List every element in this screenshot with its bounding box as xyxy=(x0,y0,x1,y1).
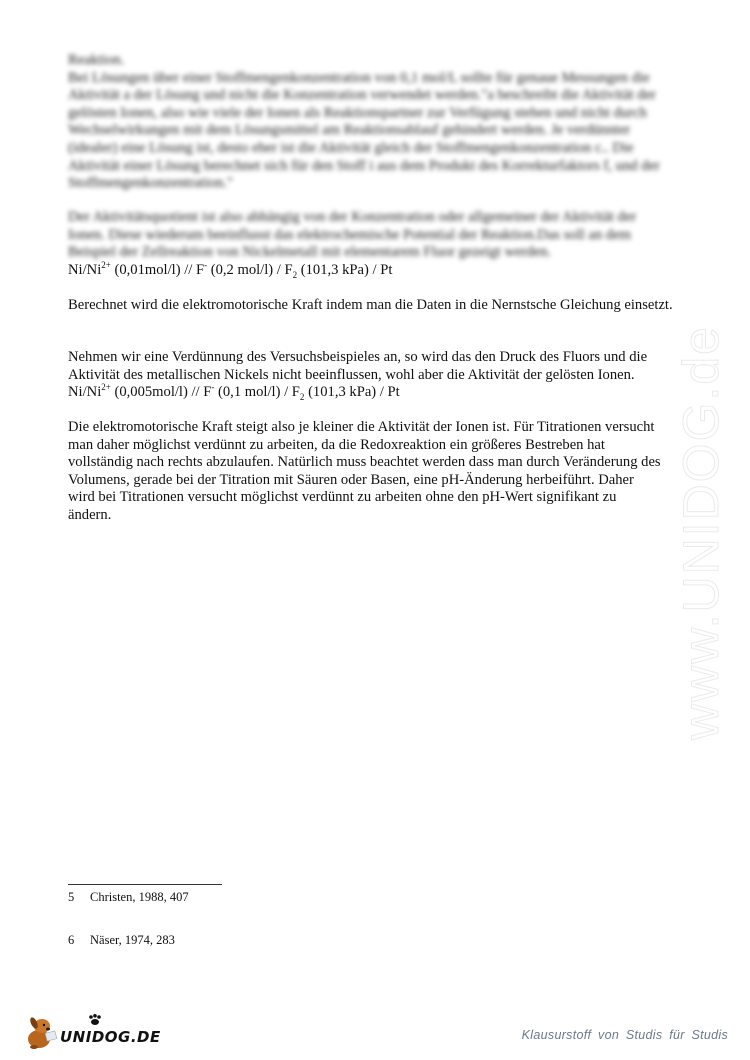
text-line: Nehmen wir eine Verdünnung des Versuchsb… xyxy=(68,349,682,367)
footnote-6: 6Näser, 1974, 283 xyxy=(68,933,175,948)
footnote-number: 5 xyxy=(68,890,90,905)
notation-part: Ni/Ni xyxy=(68,262,101,278)
text-line: Aktivität einer Lösung berechnet sich fü… xyxy=(68,158,682,176)
text-line: Aktivität des metallischen Nickels nicht… xyxy=(68,367,682,385)
text-line: wird bei Titrationen versucht möglichst … xyxy=(68,489,682,507)
cell-notation-1: Ni/Ni2+ (0,01mol/l) // F- (0,2 mol/l) / … xyxy=(68,262,682,280)
text-line: Reaktion. xyxy=(68,52,682,70)
blurred-paragraph-activity: Reaktion. Bei Lösungen über einer Stoffm… xyxy=(68,52,682,193)
footnote-divider xyxy=(68,884,222,885)
paragraph-emk: Berechnet wird die elektromotorische Kra… xyxy=(68,297,682,315)
text-line: Volumens, gerade bei der Titration mit S… xyxy=(68,472,682,490)
logo-text: UNIDOG.DE xyxy=(60,1028,161,1046)
paragraph-dilution: Nehmen wir eine Verdünnung des Versuchsb… xyxy=(68,349,682,402)
text-line: Bei Lösungen über einer Stoffmengenkonze… xyxy=(68,70,682,88)
text-line: vollständig nach rechts abzulaufen. Natü… xyxy=(68,454,682,472)
text-line: man daher möglichst verdünnt zu arbeiten… xyxy=(68,437,682,455)
superscript: 2+ xyxy=(101,260,111,270)
paragraph-conclusion: Die elektromotorische Kraft steigt also … xyxy=(68,419,682,525)
paw-icon xyxy=(88,1014,102,1026)
notation-part: (0,1 mol/l) / F xyxy=(214,384,300,400)
text-line: (idealer) eine Lösung ist, desto eher is… xyxy=(68,140,682,158)
text-line: ändern. xyxy=(68,507,682,525)
notation-part: (0,2 mol/l) / F xyxy=(207,262,293,278)
text-line: Wechselwirkungen mit dem Lösungsmittel a… xyxy=(68,122,682,140)
text-line: Ionen. Diese wiederum beeinflusst das el… xyxy=(68,227,682,245)
notation-part: (0,005mol/l) // F xyxy=(111,384,212,400)
text-line: Die elektromotorische Kraft steigt also … xyxy=(68,419,682,437)
text-line: Beispiel der Zellreaktion von Nickelmeta… xyxy=(68,244,682,262)
text-line: gelösten Ionen, also wie viele der Ionen… xyxy=(68,105,682,123)
text-line: Aktivität a der Lösung und nicht die Kon… xyxy=(68,87,682,105)
footnote-5: 5Christen, 1988, 407 xyxy=(68,890,189,905)
footer-tagline: Klausurstoff von Studis für Studis xyxy=(522,1028,728,1042)
blurred-paragraph-quotient: Der Aktivitätsquotient ist also abhängig… xyxy=(68,209,682,262)
dog-mascot-icon xyxy=(22,1012,62,1052)
cell-notation-2: Ni/Ni2+ (0,005mol/l) // F- (0,1 mol/l) /… xyxy=(68,384,682,402)
unidog-logo[interactable]: UNIDOG.DE xyxy=(22,1012,152,1052)
footnote-text: Näser, 1974, 283 xyxy=(90,933,175,947)
footnote-number: 6 xyxy=(68,933,90,948)
text-line: Stoffmengenkonzentration." xyxy=(68,175,682,193)
notation-part: Ni/Ni xyxy=(68,384,101,400)
text-line: Der Aktivitätsquotient ist also abhängig… xyxy=(68,209,682,227)
footnote-text: Christen, 1988, 407 xyxy=(90,890,189,904)
notation-part: (0,01mol/l) // F xyxy=(111,262,204,278)
notation-part: (101,3 kPa) / Pt xyxy=(304,384,399,400)
superscript: 2+ xyxy=(101,382,111,392)
notation-part: (101,3 kPa) / Pt xyxy=(297,262,392,278)
